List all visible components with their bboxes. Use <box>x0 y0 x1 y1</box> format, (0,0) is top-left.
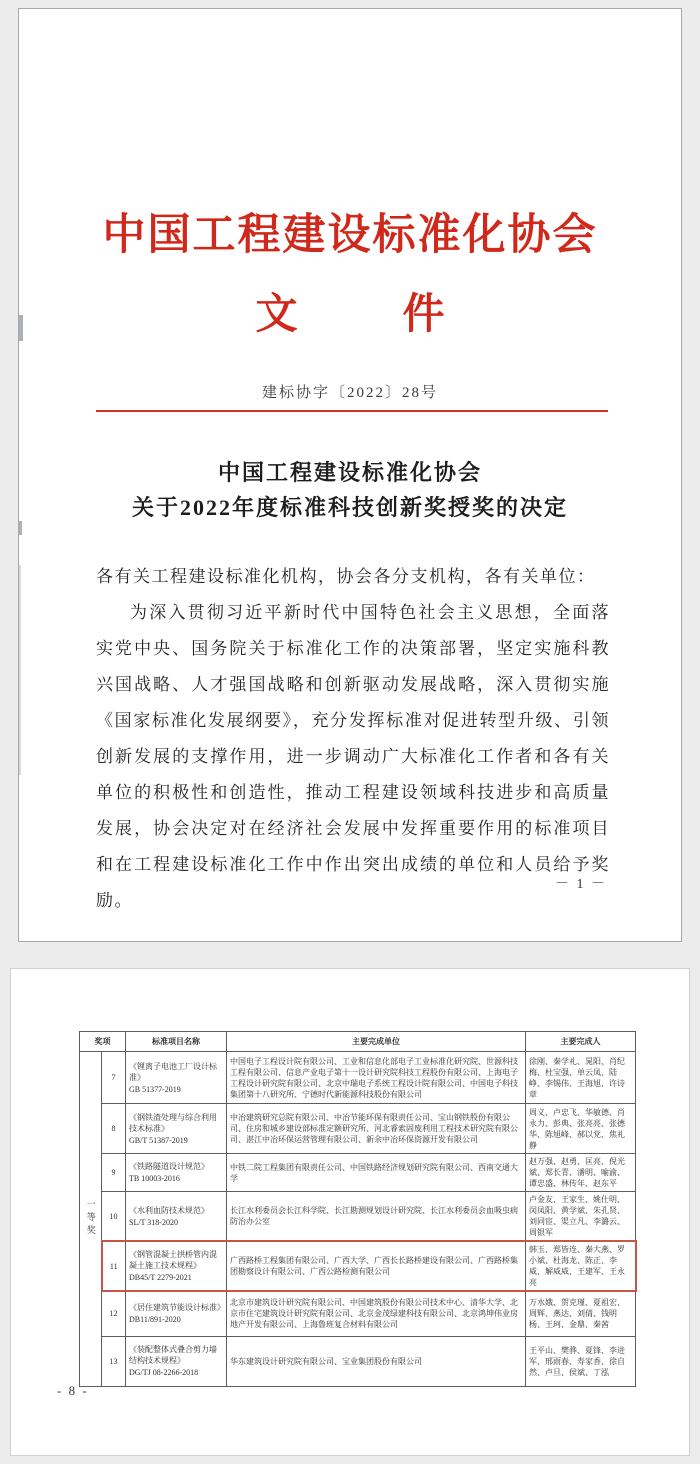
completing-people: 王平山、樊骅、夏锋、李进军、邢雨春、寿家香、徐自然、卢旦、侯斌、丁泓 <box>526 1336 636 1386</box>
letterhead-divider <box>96 410 608 412</box>
standard-title: 《铁路隧道设计规范》 <box>129 1162 209 1171</box>
completing-units: 中国电子工程设计院有限公司、工业和信息化部电子工业标准化研究院、世源科技工程有限… <box>227 1052 526 1104</box>
body-paragraph: 为深入贯彻习近平新时代中国特色社会主义思想，全面落实党中央、国务院关于标准化工作… <box>96 595 610 919</box>
row-number: 7 <box>102 1052 126 1104</box>
standard-code: GB 51377-2019 <box>129 1084 223 1095</box>
standard-title: 《装配整体式叠合剪力墙结构技术规程》 <box>129 1345 217 1365</box>
completing-units: 北京市建筑设计研究院有限公司、中国建筑股份有限公司技术中心、清华大学、北京市住宅… <box>227 1291 526 1336</box>
completing-units: 中铁二院工程集团有限责任公司、中国铁路经济规划研究院有限公司、西南交通大学 <box>227 1154 526 1192</box>
page-number: － 1 － <box>555 873 607 893</box>
completing-people: 卢金友、王家生、姚仕明、闵凤阳、黄学斌、朱孔贤、刘同宦、渠立凡、李潞云、周银军 <box>526 1192 636 1242</box>
standard-name: 《居住建筑节能设计标准》 DB11/891-2020 <box>126 1291 227 1336</box>
standard-code: TB 10003-2016 <box>129 1173 223 1184</box>
table-row: 9 《铁路隧道设计规范》 TB 10003-2016 中铁二院工程集团有限责任公… <box>80 1154 636 1192</box>
letterhead-org-title: 中国工程建设标准化协会 <box>19 201 681 262</box>
standard-title: 《钢铁渣处理与综合利用技术标准》 <box>129 1113 217 1133</box>
row-number: 11 <box>102 1241 126 1291</box>
row-number: 12 <box>102 1291 126 1336</box>
row-number: 9 <box>102 1154 126 1192</box>
completing-units: 广西路桥工程集团有限公司、广西大学、广西长长路桥建设有限公司、广西路桥集团勘察设… <box>227 1241 526 1291</box>
decision-title-line1: 中国工程建设标准化协会 <box>19 456 681 487</box>
row-number: 10 <box>102 1192 126 1242</box>
award-table: 奖项 标准项目名称 主要完成单位 主要完成人 一等奖 7 《锂离子电池工厂设计标… <box>79 1031 637 1387</box>
table-row-highlighted: 11 《钢管混凝土拱桥管内混凝土施工技术规程》 DB45/T 2279-2021… <box>80 1241 636 1291</box>
completing-people: 万水娥、贺克瑾、夏祖宏、周辉、燕达、刘倩、钱明杨、王珂、金鼎、秦茜 <box>526 1291 636 1336</box>
table-row: 一等奖 7 《锂离子电池工厂设计标准》 GB 51377-2019 中国电子工程… <box>80 1052 636 1104</box>
standard-title: 《锂离子电池工厂设计标准》 <box>129 1062 217 1082</box>
table-row: 10 《水利血防技术规范》 SL/T 318-2020 长江水利委员会长江科学院… <box>80 1192 636 1242</box>
completing-people: 赵万强、赵勇、匡亮、倪光斌、郑长青、潘明、喻渝、谭忠盛、林传年、赵东平 <box>526 1154 636 1192</box>
row-number: 8 <box>102 1104 126 1154</box>
standard-name: 《钢铁渣处理与综合利用技术标准》 GB/T 51387-2019 <box>126 1104 227 1154</box>
table-row: 8 《钢铁渣处理与综合利用技术标准》 GB/T 51387-2019 中冶建筑研… <box>80 1104 636 1154</box>
table-row: 12 《居住建筑节能设计标准》 DB11/891-2020 北京市建筑设计研究院… <box>80 1291 636 1336</box>
standard-name: 《装配整体式叠合剪力墙结构技术规程》 DG/TJ 08-2266-2018 <box>126 1336 227 1386</box>
standard-code: GB/T 51387-2019 <box>129 1135 223 1146</box>
header-units: 主要完成单位 <box>227 1032 526 1052</box>
standard-code: DB11/891-2020 <box>129 1314 223 1325</box>
page-number: - 8 - <box>57 1383 89 1399</box>
decision-title-line2: 关于2022年度标准科技创新奖授奖的决定 <box>19 491 681 522</box>
completing-units: 中冶建筑研究总院有限公司、中冶节能环保有限责任公司、宝山钢铁股份有限公司、住房和… <box>227 1104 526 1154</box>
document-page-2: 奖项 标准项目名称 主要完成单位 主要完成人 一等奖 7 《锂离子电池工厂设计标… <box>10 968 690 1456</box>
standard-name: 《锂离子电池工厂设计标准》 GB 51377-2019 <box>126 1052 227 1104</box>
salutation: 各有关工程建设标准化机构，协会各分支机构，各有关单位： <box>96 559 610 595</box>
completing-units: 长江水利委员会长江科学院、长江勘测规划设计研究院、长江水利委员会血吸虫病防治办公… <box>227 1192 526 1242</box>
document-page-1: 中国工程建设标准化协会 文件 建标协字〔2022〕28号 中国工程建设标准化协会… <box>18 8 682 942</box>
completing-people: 韩玉、郑皆连、秦大燕、罗小斌、杜海龙、陈正、李威、解威威、王建军、王永亮 <box>526 1241 636 1291</box>
completing-units: 华东建筑设计研究院有限公司、宝业集团股份有限公司 <box>227 1336 526 1386</box>
row-number: 13 <box>102 1336 126 1386</box>
scan-artifact <box>19 565 21 775</box>
header-standard-name: 标准项目名称 <box>126 1032 227 1052</box>
header-people: 主要完成人 <box>526 1032 636 1052</box>
letterhead-doc-type: 文件 <box>19 281 681 341</box>
standard-title: 《水利血防技术规范》 <box>129 1206 209 1215</box>
table-header-row: 奖项 标准项目名称 主要完成单位 主要完成人 <box>80 1032 636 1052</box>
document-body: 各有关工程建设标准化机构，协会各分支机构，各有关单位： 为深入贯彻习近平新时代中… <box>96 559 610 919</box>
scan-artifact <box>19 521 22 535</box>
standard-title: 《钢管混凝土拱桥管内混凝土施工技术规程》 <box>129 1250 217 1270</box>
completing-people: 周义、卢忠飞、华敏德、肖永力、彭典、张亮亮、张德华、陈旭峰、郝以党、焦礼静 <box>526 1104 636 1154</box>
standard-code: DG/TJ 08-2266-2018 <box>129 1367 223 1378</box>
table-row: 13 《装配整体式叠合剪力墙结构技术规程》 DG/TJ 08-2266-2018… <box>80 1336 636 1386</box>
standard-code: DB45/T 2279-2021 <box>129 1272 223 1283</box>
standard-code: SL/T 318-2020 <box>129 1217 223 1228</box>
completing-people: 徐刚、秦学礼、晁阳、肖纪梅、杜宝强、单云凤、陆峥、李锡伟、王海旭、许诗章 <box>526 1052 636 1104</box>
award-group-label: 一等奖 <box>80 1052 102 1387</box>
standard-name: 《钢管混凝土拱桥管内混凝土施工技术规程》 DB45/T 2279-2021 <box>126 1241 227 1291</box>
document-number: 建标协字〔2022〕28号 <box>19 381 681 402</box>
standard-name: 《铁路隧道设计规范》 TB 10003-2016 <box>126 1154 227 1192</box>
header-award: 奖项 <box>80 1032 126 1052</box>
standard-name: 《水利血防技术规范》 SL/T 318-2020 <box>126 1192 227 1242</box>
standard-title: 《居住建筑节能设计标准》 <box>129 1303 225 1312</box>
